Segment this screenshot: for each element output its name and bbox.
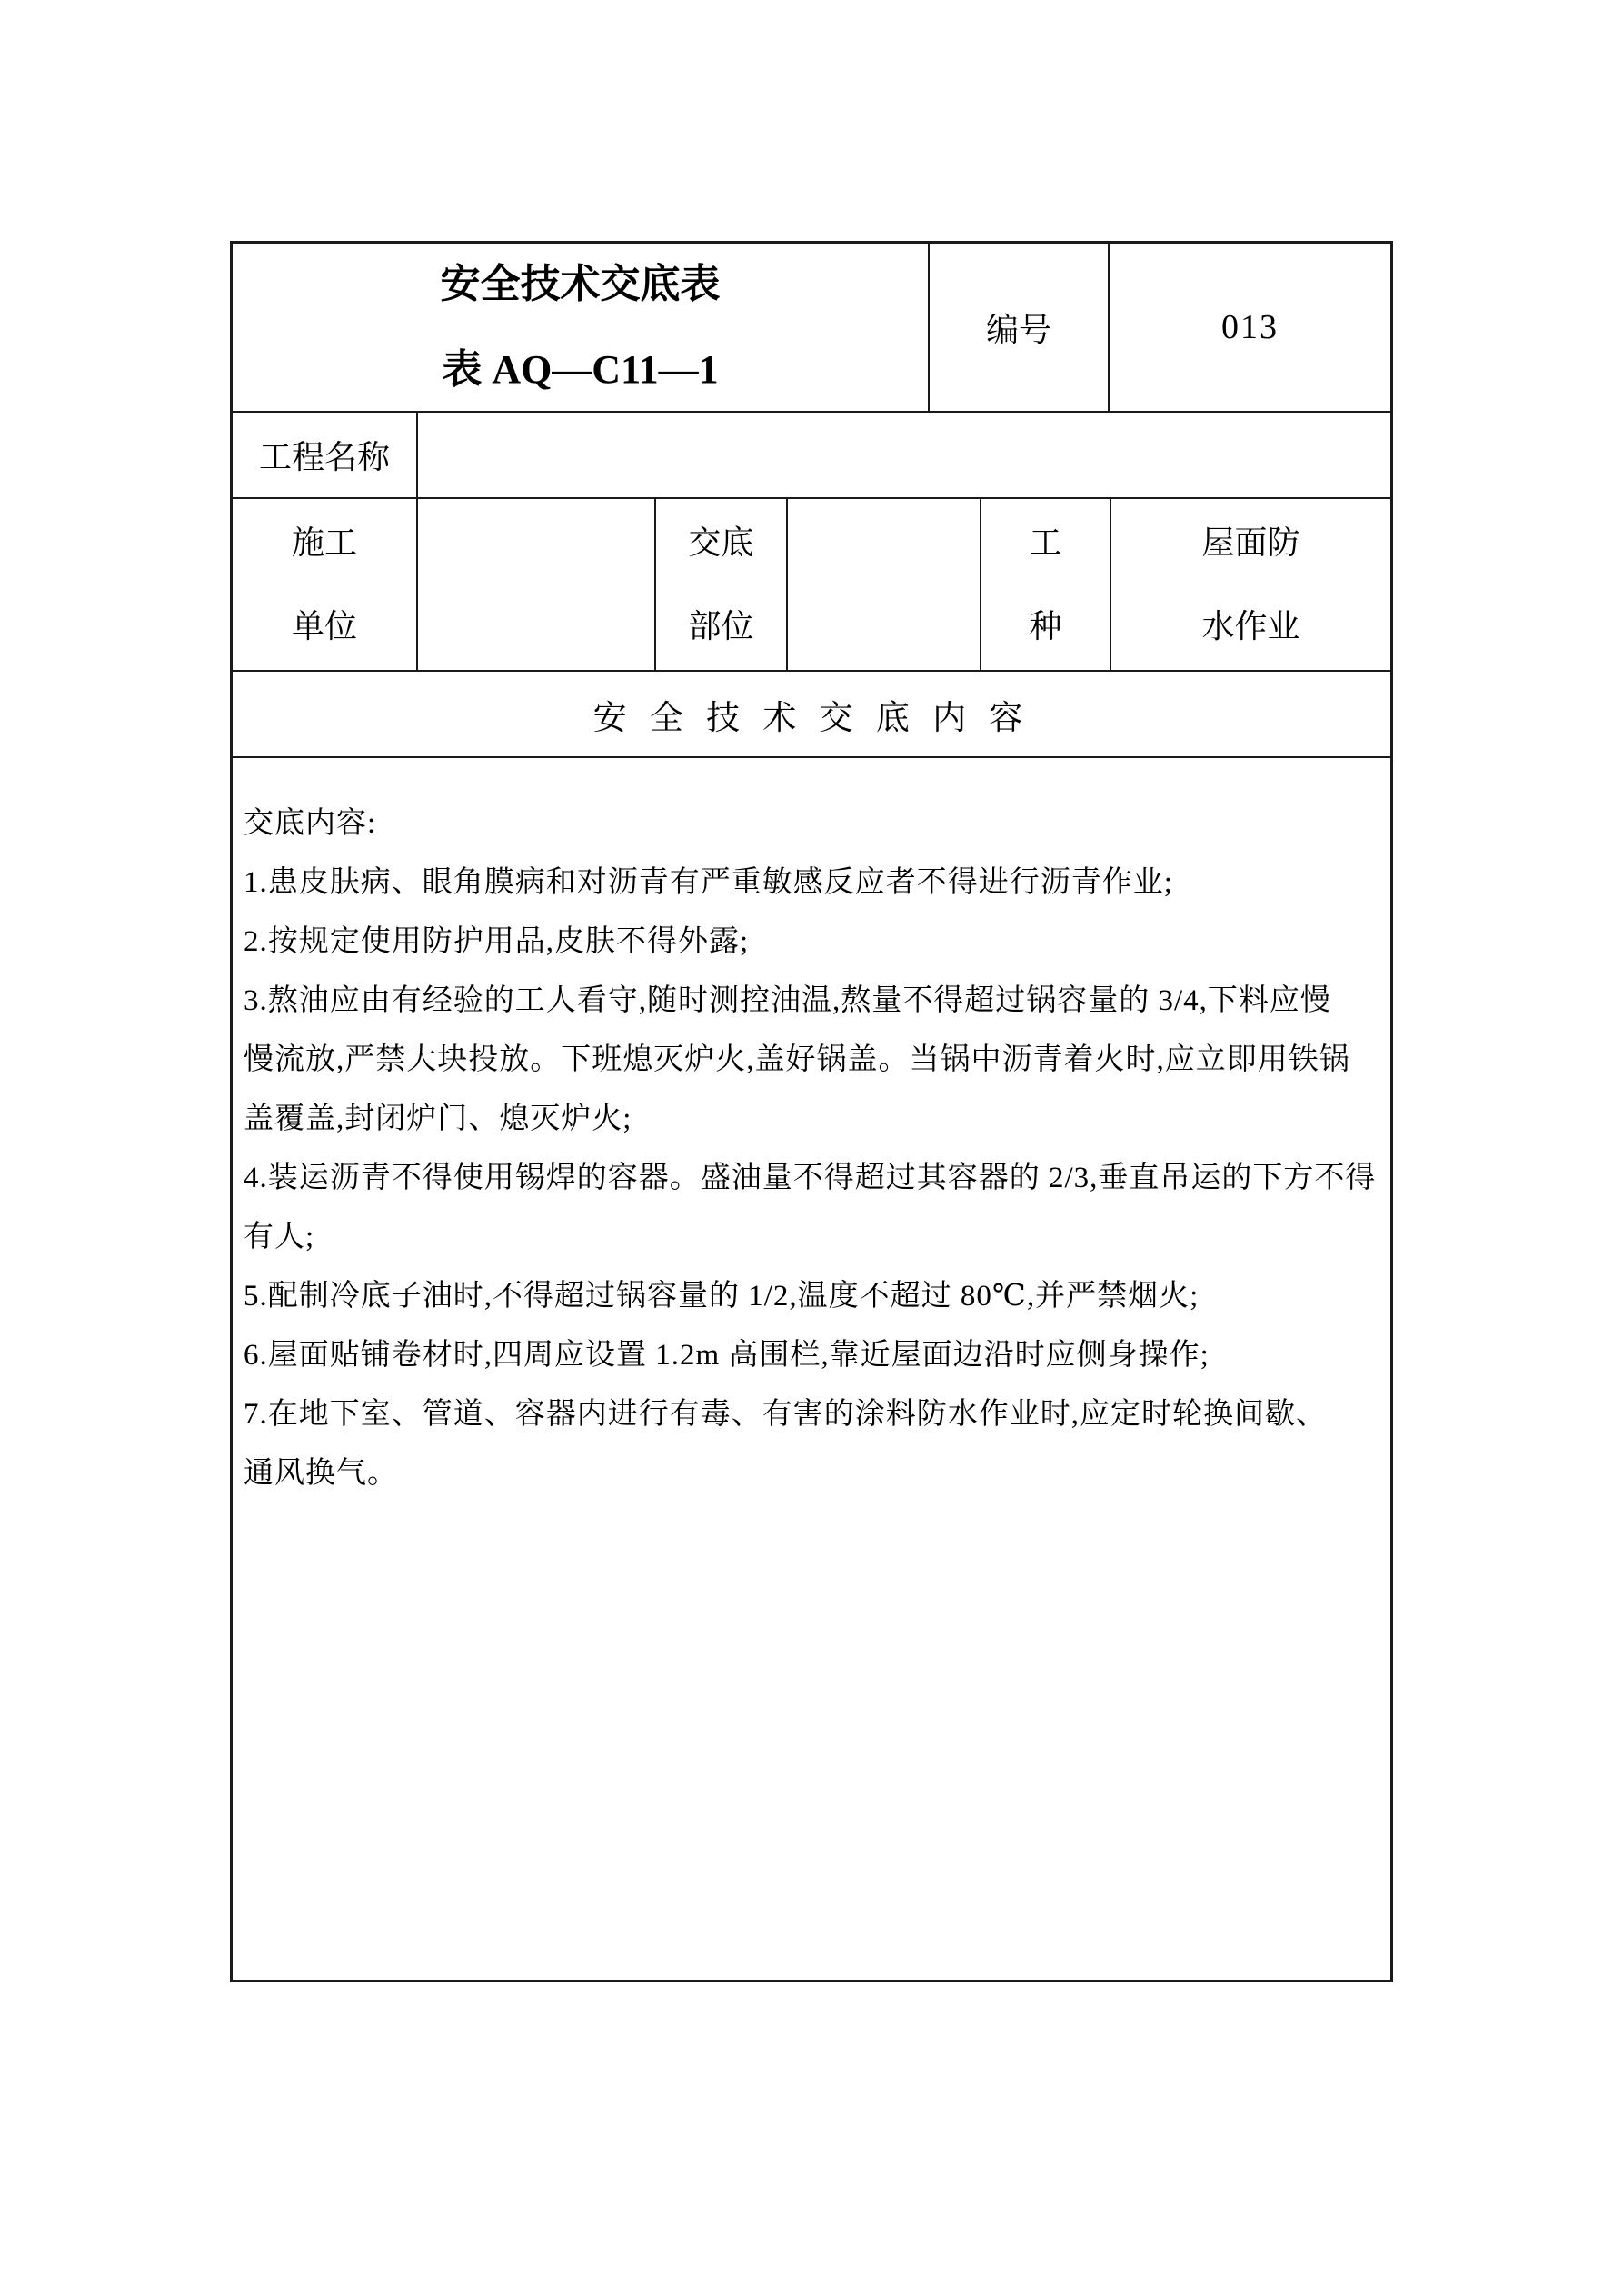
header-row: 安全技术交底表 表 AQ—C11—1 编号 013 bbox=[233, 244, 1390, 413]
disclosure-content-cell: 交底内容: 1.患皮肤病、眼角膜病和对沥青有严重敏感反应者不得进行沥青作业; 2… bbox=[233, 758, 1390, 1980]
content-row: 交底内容: 1.患皮肤病、眼角膜病和对沥青有严重敏感反应者不得进行沥青作业; 2… bbox=[233, 758, 1390, 1980]
content-line-4: 慢流放,严禁大块投放。下班熄灭炉火,盖好锅盖。当锅中沥青着火时,应立即用铁锅 bbox=[244, 1031, 1350, 1090]
worktype-label-cell: 工 种 bbox=[980, 499, 1110, 670]
content-heading: 交底内容: bbox=[244, 794, 376, 854]
project-name-label-cell: 工程名称 bbox=[233, 413, 416, 497]
form-title-cell: 安全技术交底表 表 AQ—C11—1 bbox=[233, 244, 928, 411]
content-line-1: 1.患皮肤病、眼角膜病和对沥青有严重敏感反应者不得进行沥青作业; bbox=[244, 854, 1173, 913]
content-line-9: 6.屋面贴铺卷材时,四周应设置 1.2m 高围栏,靠近屋面边沿时应侧身操作; bbox=[244, 1326, 1210, 1385]
disclosure-part-label-line1: 交底 bbox=[688, 501, 753, 584]
document-page: 安全技术交底表 表 AQ—C11—1 编号 013 工程名称 施工 单位 bbox=[0, 0, 1623, 2296]
section-header-cell: 安 全 技 术 交 底 内 容 bbox=[233, 672, 1390, 756]
content-line-6: 4.装运沥青不得使用锡焊的容器。盛油量不得超过其容器的 2/3,垂直吊运的下方不… bbox=[244, 1149, 1376, 1208]
form-title: 安全技术交底表 bbox=[441, 244, 721, 327]
worktype-value-line2: 水作业 bbox=[1201, 584, 1299, 668]
disclosure-part-label-cell: 交底 部位 bbox=[654, 499, 786, 670]
section-header-text: 安 全 技 术 交 底 内 容 bbox=[593, 690, 1031, 739]
disclosure-part-value-cell bbox=[786, 499, 980, 670]
worktype-label-line1: 工 bbox=[1029, 501, 1061, 584]
section-header-row: 安 全 技 术 交 底 内 容 bbox=[233, 672, 1390, 758]
construction-unit-label-line1: 施工 bbox=[292, 501, 357, 584]
project-name-label: 工程名称 bbox=[259, 432, 390, 478]
worktype-value-cell: 屋面防 水作业 bbox=[1110, 499, 1390, 670]
number-value: 013 bbox=[1221, 307, 1279, 347]
number-label-cell: 编号 bbox=[928, 244, 1108, 411]
project-name-row: 工程名称 bbox=[233, 413, 1390, 499]
form-code: 表 AQ—C11—1 bbox=[442, 327, 718, 411]
content-line-2: 2.按规定使用防护用品,皮肤不得外露; bbox=[244, 913, 749, 972]
disclosure-part-label-line2: 部位 bbox=[688, 584, 753, 668]
number-label: 编号 bbox=[986, 304, 1051, 351]
construction-unit-label-line2: 单位 bbox=[292, 584, 357, 668]
unit-row: 施工 单位 交底 部位 工 种 屋面防 水作业 bbox=[233, 499, 1390, 672]
construction-unit-value-cell bbox=[416, 499, 654, 670]
construction-unit-label-cell: 施工 单位 bbox=[233, 499, 416, 670]
content-line-8: 5.配制冷底子油时,不得超过锅容量的 1/2,温度不超过 80℃,并严禁烟火; bbox=[244, 1267, 1199, 1326]
content-line-5: 盖覆盖,封闭炉门、熄灭炉火; bbox=[244, 1090, 632, 1149]
project-name-value-cell bbox=[416, 413, 1390, 497]
content-line-11: 通风换气。 bbox=[244, 1444, 398, 1503]
worktype-value-line1: 屋面防 bbox=[1201, 501, 1299, 584]
content-line-10: 7.在地下室、管道、容器内进行有毒、有害的涂料防水作业时,应定时轮换间歇、 bbox=[244, 1385, 1327, 1444]
number-value-cell: 013 bbox=[1108, 244, 1390, 411]
content-line-3: 3.熬油应由有经验的工人看守,随时测控油温,熬量不得超过锅容量的 3/4,下料应… bbox=[244, 972, 1331, 1031]
content-line-7: 有人; bbox=[244, 1208, 314, 1267]
safety-disclosure-table: 安全技术交底表 表 AQ—C11—1 编号 013 工程名称 施工 单位 bbox=[230, 241, 1393, 1982]
worktype-label-line2: 种 bbox=[1029, 584, 1061, 668]
